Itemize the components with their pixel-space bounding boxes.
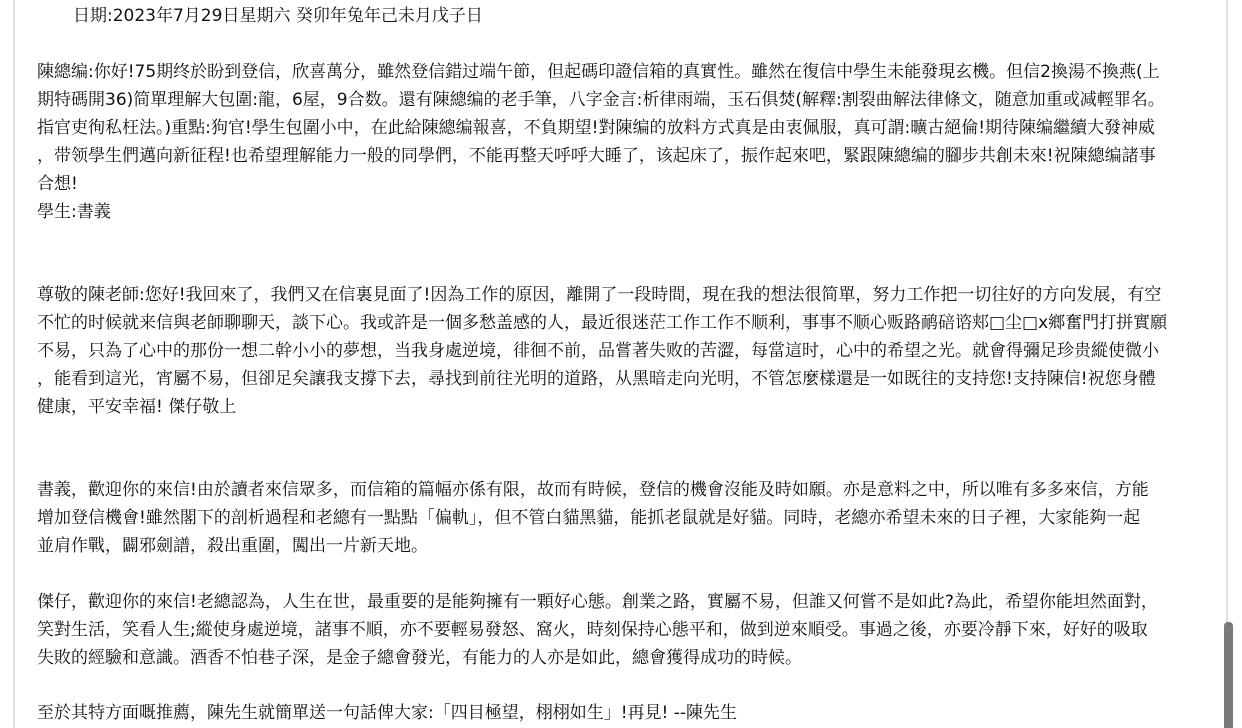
reply-2: 傑仔，歡迎你的來信!老總認為，人生在世，最重要的是能夠擁有一顆好心態。創業之路，… xyxy=(37,588,1213,672)
text-line: 陳總编:你好!75期终於盼到登信，欣喜萬分，雖然登信錯过端午節，但起碼印證信箱的… xyxy=(37,58,1213,86)
text-line: 書義，歡迎你的來信!由於讀者來信眾多，而信箱的篇幅亦係有限，故而有時候，登信的機… xyxy=(37,476,1213,504)
date-line: 日期:2023年7月29日星期六 癸卯年兔年己未月戊子日 xyxy=(73,2,483,30)
signature-line: 學生:書義 xyxy=(37,198,1213,226)
text-line: 健康，平安幸福! 傑仔敬上 xyxy=(37,393,1213,421)
text-line: 傑仔，歡迎你的來信!老總認為，人生在世，最重要的是能夠擁有一顆好心態。創業之路，… xyxy=(37,588,1213,616)
text-line: 尊敬的陳老師:您好!我回來了，我們又在信裏見面了!因為工作的原因，離開了一段時間… xyxy=(37,281,1213,309)
document-page: 日期:2023年7月29日星期六 癸卯年兔年己未月戊子日 陳總编:你好!75期终… xyxy=(13,0,1228,728)
text-line: 笑對生活，笑看人生;縱使身處逆境，諸事不順，亦不要輕易發怒、窩火，時刻保持心態平… xyxy=(37,616,1213,644)
text-line: 指官吏徇私枉法。)重點:狗官!學生包圍小中，在此給陳總编報喜，不負期望!對陳编的… xyxy=(37,114,1213,142)
vertical-scrollbar-thumb[interactable] xyxy=(1224,622,1233,728)
text-line: 不易，只為了心中的那份一想二幹小小的夢想，当我身處逆境，徘徊不前，品嘗著失败的苦… xyxy=(37,337,1213,365)
text-line: ，能看到這光，宵屬不易，但卻足矣讓我支撐下去，尋找到前往光明的道路，从黑暗走向光… xyxy=(37,365,1213,393)
text-line: 並肩作戰，闢邪劍譜，殺出重圍，闖出一片新天地。 xyxy=(37,532,1213,560)
text-line: 至於其特方面嘅推薦，陳先生就簡單送一句話俾大家:「四目極望，栩栩如生」!再見! … xyxy=(37,699,1213,727)
text-line: 合想! xyxy=(37,170,1213,198)
text-line: 增加登信機會!雖然閣下的剖析過程和老總有一點點「偏軌」，但不管白貓黑貓，能抓老鼠… xyxy=(37,504,1213,532)
text-line: 不忙的时候就来信與老師聊聊天，談下心。我或許是一個多愁盖感的人，最近很迷茫工作工… xyxy=(37,309,1213,337)
student-letter-2: 尊敬的陳老師:您好!我回來了，我們又在信裏見面了!因為工作的原因，離開了一段時間… xyxy=(37,281,1213,421)
text-line: ，带领學生們邁向新征程!也希望理解能力一般的同學們，不能再整天呼呼大睡了，该起床… xyxy=(37,142,1213,170)
text-line: 期特碼開36)简單理解大包圍:龍，6屋，9合数。還有陳總编的老手筆，八字金言:析… xyxy=(37,86,1213,114)
closing-paragraph: 至於其特方面嘅推薦，陳先生就簡單送一句話俾大家:「四目極望，栩栩如生」!再見! … xyxy=(37,699,1213,727)
reply-1: 書義，歡迎你的來信!由於讀者來信眾多，而信箱的篇幅亦係有限，故而有時候，登信的機… xyxy=(37,476,1213,560)
text-line: 失敗的經驗和意識。酒香不怕巷子深，是金子總會發光，有能力的人亦是如此，總會獲得成… xyxy=(37,644,1213,672)
student-letter-1: 陳總编:你好!75期终於盼到登信，欣喜萬分，雖然登信錯过端午節，但起碼印證信箱的… xyxy=(37,58,1213,226)
